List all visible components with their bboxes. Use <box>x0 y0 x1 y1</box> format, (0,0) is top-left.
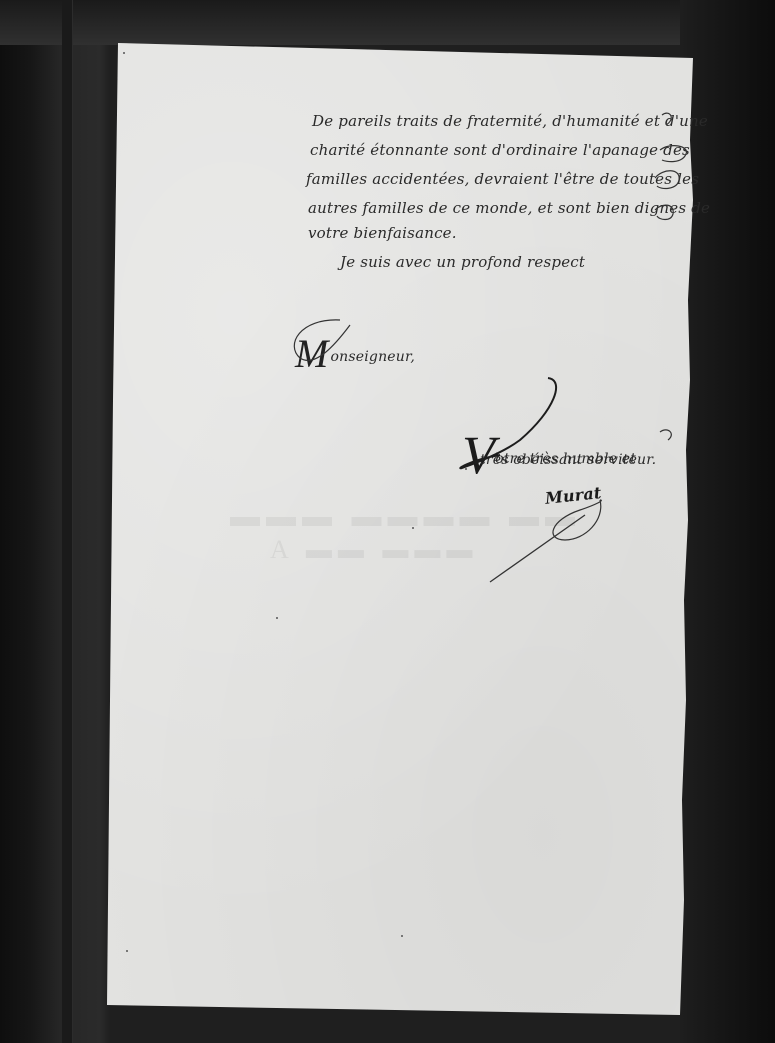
letter-body-line-2: charité étonnante sont d'ordinaire l'apa… <box>310 141 690 159</box>
letter-body-line-3: familles accidentées, devraient l'être d… <box>306 170 699 188</box>
letter-body-line-4: autres familles de ce monde, et sont bie… <box>308 199 710 217</box>
letter-salutation: Monseigneur, <box>295 330 415 377</box>
binding-strip <box>62 0 72 1043</box>
bleed-through-text: A ▬▬ ▬▬▬ <box>270 535 478 565</box>
salutation-rest: onseigneur, <box>331 349 415 365</box>
letter-closing: Je suis avec un profond respect <box>340 253 585 271</box>
paper-speck <box>401 935 403 937</box>
letter-body-line-1: De pareils traits de fraternité, d'human… <box>312 112 708 130</box>
scanner-bed-right <box>680 0 775 1043</box>
paper-speck <box>412 527 414 529</box>
paper-speck <box>276 617 278 619</box>
salutation-initial: M <box>295 331 329 376</box>
document-scan: ▬▬▬ ▬▬▬▬ ▬▬ A ▬▬ ▬▬▬ De pareils traits d… <box>0 0 775 1043</box>
signoff-line-2: très obéissant serviteur. <box>480 452 656 468</box>
bleed-through-text: ▬▬▬ ▬▬▬▬ ▬▬ <box>230 500 581 534</box>
scanner-bed-top <box>0 0 775 45</box>
letter-body-line-5: votre bienfaisance. <box>308 224 457 242</box>
paper-speck <box>126 950 128 952</box>
paper-speck <box>123 52 125 54</box>
